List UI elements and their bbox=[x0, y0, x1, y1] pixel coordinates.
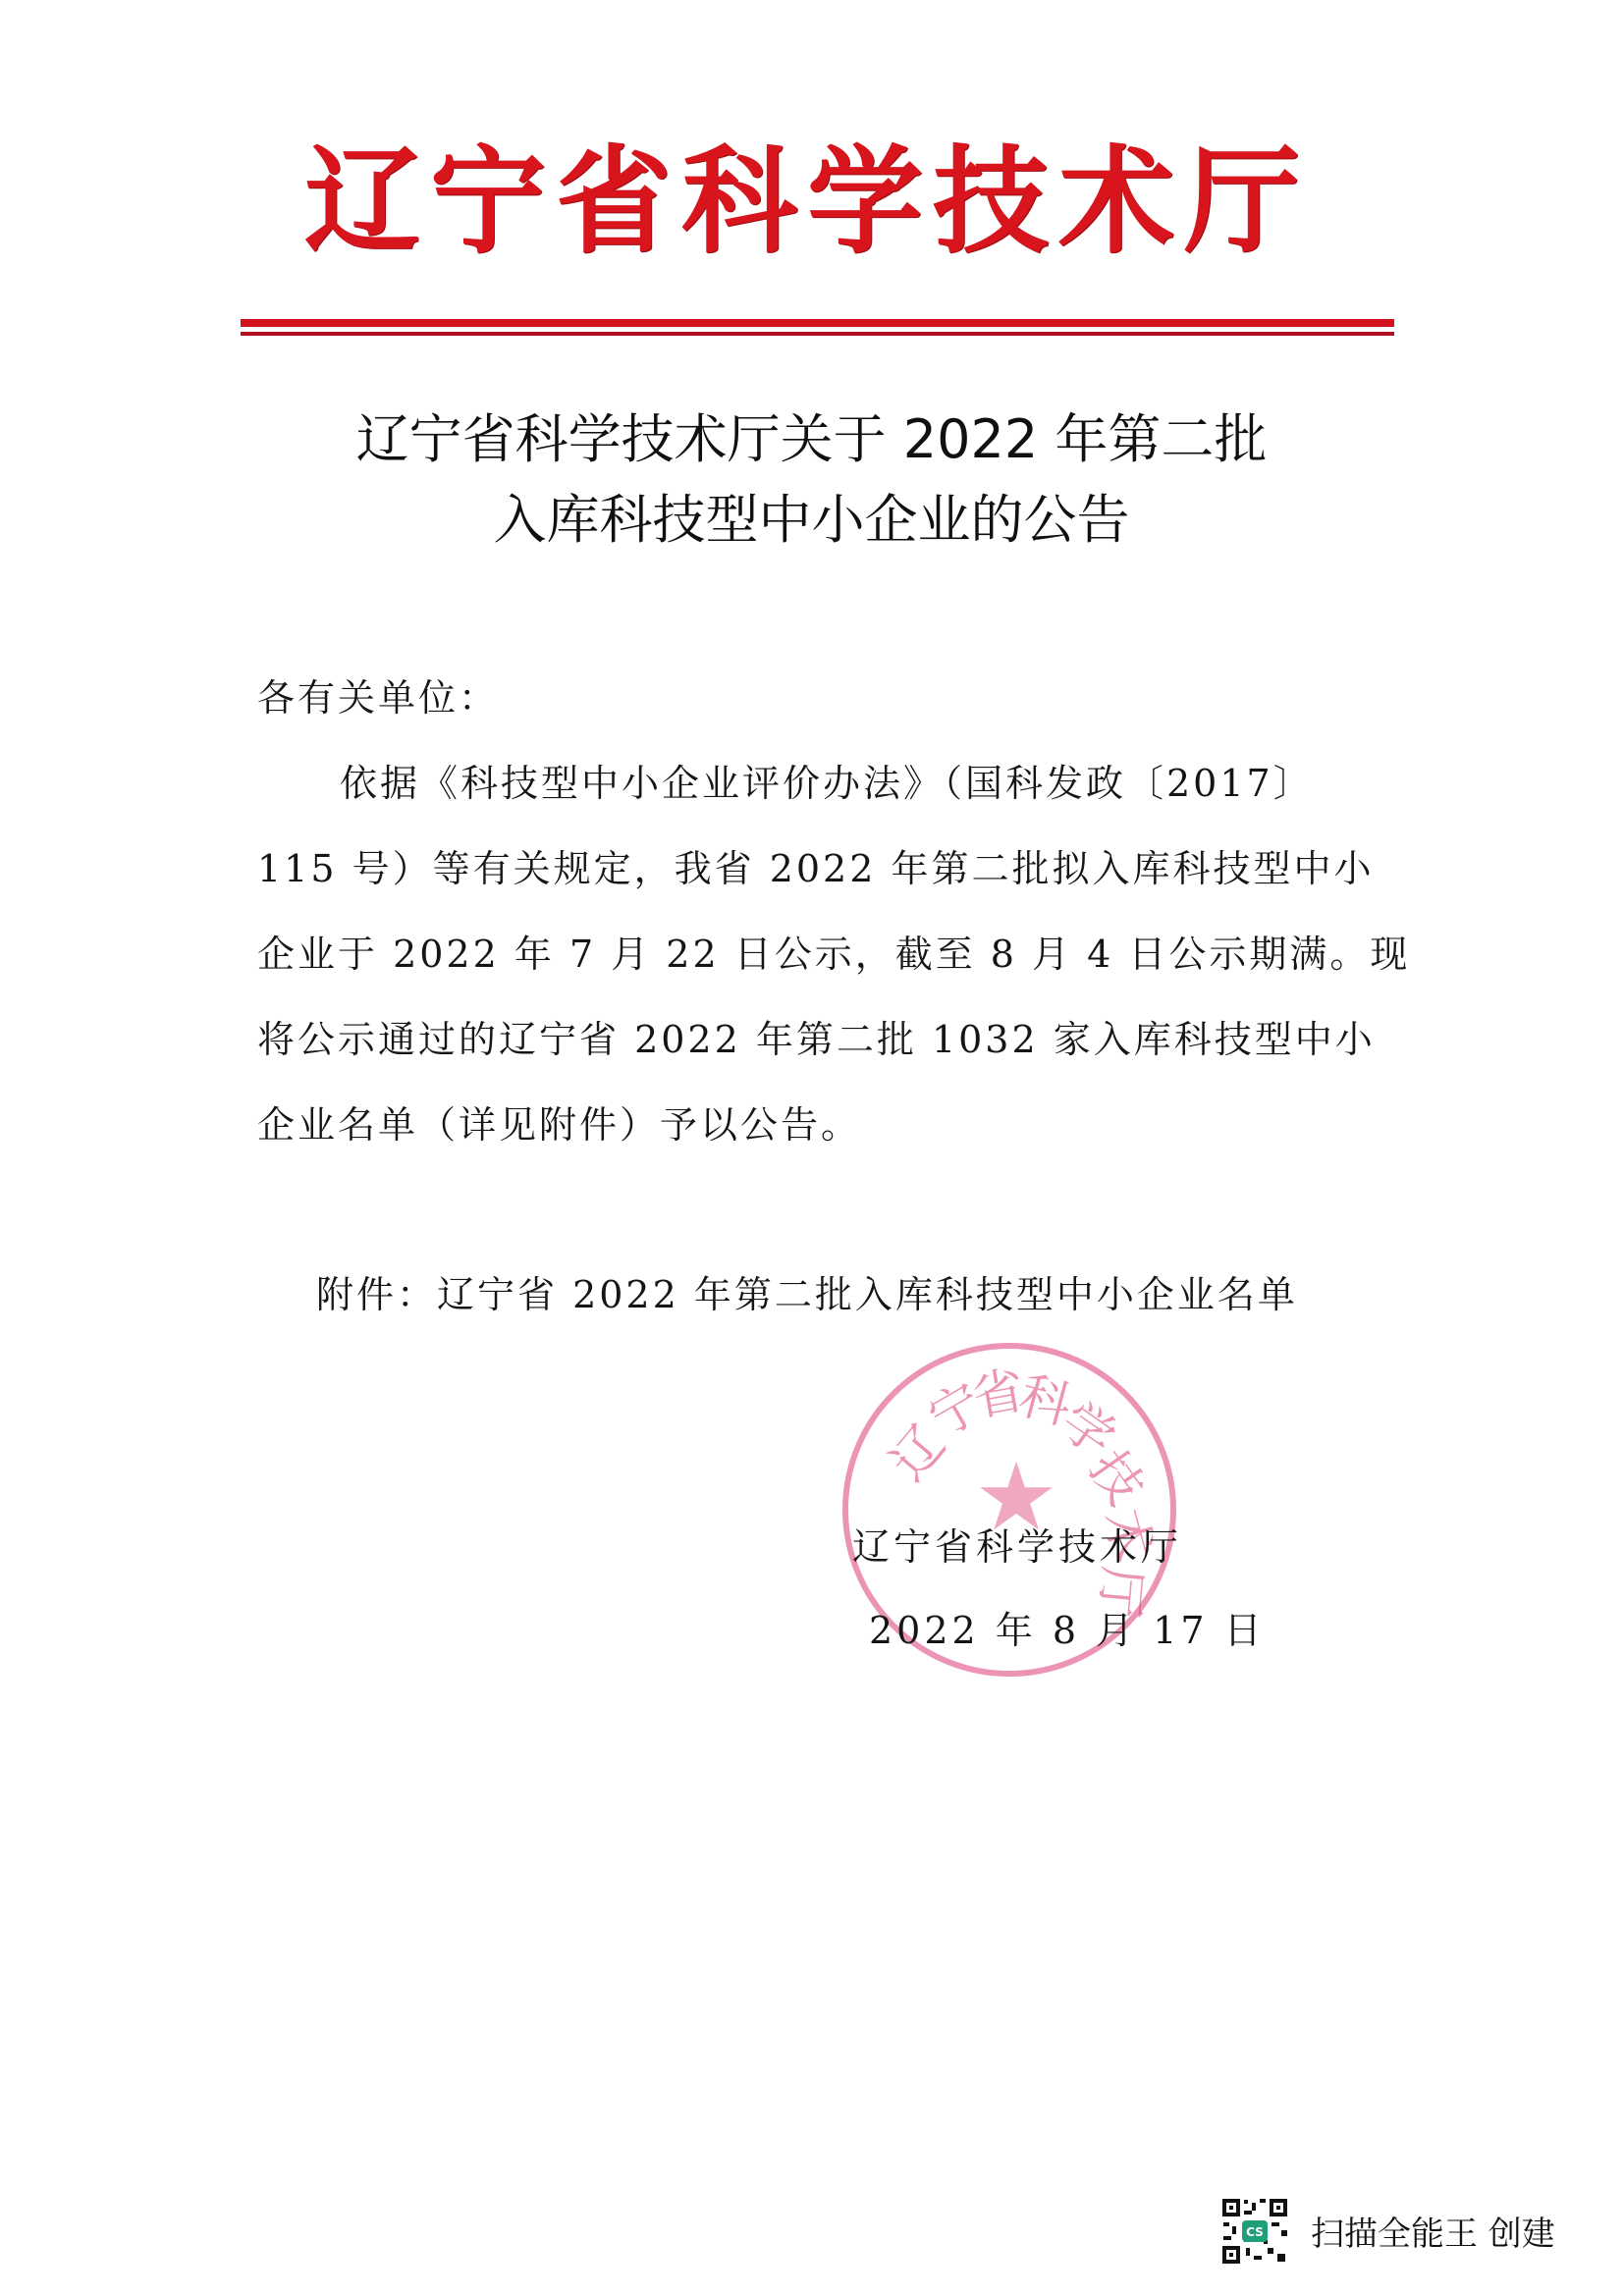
salutation: 各有关单位： bbox=[257, 667, 499, 721]
body-line-2: 115 号）等有关规定，我省 2022 年第二批拟入库科技型中小 bbox=[257, 838, 1374, 892]
letterhead-rule-thin bbox=[241, 332, 1394, 336]
signature-org: 辽宁省科学技术厅 bbox=[852, 1517, 1182, 1571]
scanner-watermark: 扫描全能王 创建 bbox=[1311, 2207, 1555, 2255]
document-title-line-2: 入库科技型中小企业的公告 bbox=[0, 478, 1623, 554]
signature-date: 2022 年 8 月 17 日 bbox=[869, 1600, 1266, 1654]
body-line-3: 企业于 2022 年 7 月 22 日公示，截至 8 月 4 日公示期满。现 bbox=[257, 924, 1410, 978]
letterhead-rule-thick bbox=[241, 319, 1394, 327]
qr-code-icon: CS bbox=[1220, 2197, 1289, 2266]
attachment-line: 附件：辽宁省 2022 年第二批入库科技型中小企业名单 bbox=[316, 1264, 1298, 1318]
body-line-4: 将公示通过的辽宁省 2022 年第二批 1032 家入库科技型中小 bbox=[257, 1009, 1376, 1063]
document-title-line-1: 辽宁省科学技术厅关于 2022 年第二批 bbox=[0, 398, 1623, 473]
body-line-1: 依据《科技型中小企业评价办法》（国科发政〔2017〕 bbox=[299, 753, 1314, 807]
svg-text:CS: CS bbox=[1246, 2225, 1264, 2239]
body-line-5: 企业名单（详见附件）予以公告。 bbox=[257, 1095, 861, 1148]
letterhead-org-name: 辽宁省科学技术厅 bbox=[304, 128, 1335, 275]
